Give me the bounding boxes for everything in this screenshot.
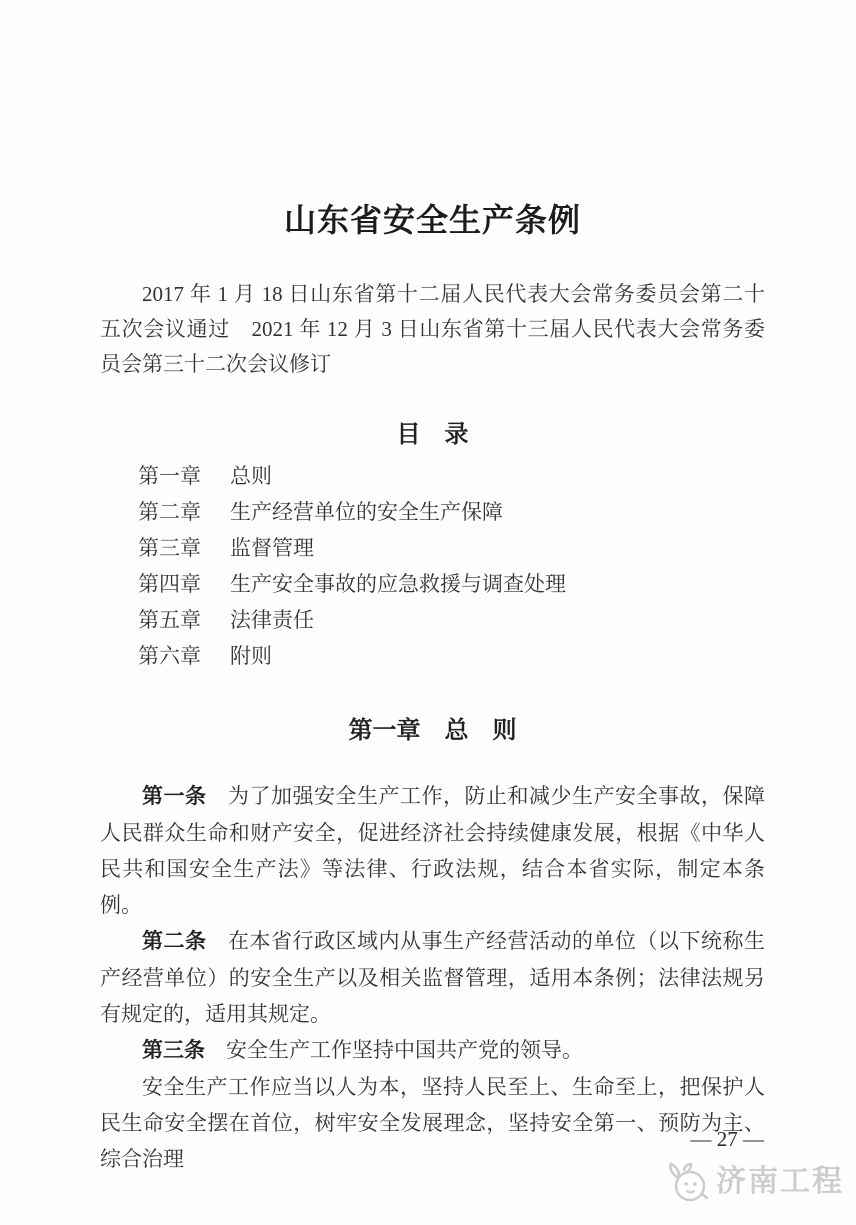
watermark-text: 济南工程 — [716, 1165, 844, 1199]
toc-item-chapter-5: 第五章法律责任 — [138, 602, 765, 638]
toc-item-chapter-3: 第三章监督管理 — [138, 530, 765, 566]
toc-item-chapter-6: 第六章附则 — [138, 638, 765, 674]
toc-item-chapter-2: 第二章生产经营单位的安全生产保障 — [138, 494, 765, 530]
toc-list: 第一章总则 第二章生产经营单位的安全生产保障 第三章监督管理 第四章生产安全事故… — [138, 458, 765, 674]
toc-item-chapter-4: 第四章生产安全事故的应急救援与调查处理 — [138, 566, 765, 602]
article-1-label: 第一条 — [142, 785, 207, 808]
article-2-paragraph: 第二条 在本省行政区域内从事生产经营活动的单位（以下统称生产经营单位）的安全生产… — [100, 923, 765, 1032]
toc-chapter-title: 法律责任 — [230, 608, 314, 632]
toc-item-chapter-1: 第一章总则 — [138, 458, 765, 494]
toc-chapter-title: 监督管理 — [230, 536, 314, 560]
toc-chapter-number: 第六章 — [138, 638, 214, 674]
article-1-paragraph: 第一条 为了加强安全生产工作，防止和减少生产安全事故，保障人民群众生命和财产安全… — [100, 778, 765, 923]
toc-chapter-title: 生产经营单位的安全生产保障 — [230, 500, 503, 524]
article-3-label: 第三条 — [142, 1039, 205, 1062]
toc-chapter-title: 总则 — [230, 464, 272, 488]
toc-chapter-number: 第三章 — [138, 530, 214, 566]
toc-chapter-title: 生产安全事故的应急救援与调查处理 — [230, 572, 566, 596]
toc-chapter-number: 第四章 — [138, 566, 214, 602]
watermark-logo-icon — [664, 1160, 710, 1204]
chapter-1-heading: 第一章 总 则 — [100, 716, 765, 746]
toc-chapter-number: 第一章 — [138, 458, 214, 494]
watermark: 济南工程 — [664, 1160, 844, 1204]
toc-chapter-number: 第五章 — [138, 602, 214, 638]
article-3-text: 安全生产工作坚持中国共产党的领导。 — [205, 1038, 583, 1062]
preamble-paragraph: 2017 年 1 月 18 日山东省第十二届人民代表大会常务委员会第二十五次会议… — [100, 277, 765, 382]
article-3-paragraph: 第三条 安全生产工作坚持中国共产党的领导。 — [100, 1032, 765, 1069]
toc-title: 目 录 — [100, 420, 765, 450]
article-2-label: 第二条 — [142, 930, 207, 953]
document-page: 山东省安全生产条例 2017 年 1 月 18 日山东省第十二届人民代表大会常务… — [0, 0, 856, 1225]
article-3-continuation-text: 安全生产工作应当以人为本，坚持人民至上、生命至上，把保护人民生命安全摆在首位，树… — [100, 1075, 765, 1171]
toc-chapter-title: 附则 — [230, 644, 272, 668]
document-title: 山东省安全生产条例 — [100, 203, 765, 237]
toc-chapter-number: 第二章 — [138, 494, 214, 530]
page-number: — 27 — — [691, 1126, 765, 1152]
